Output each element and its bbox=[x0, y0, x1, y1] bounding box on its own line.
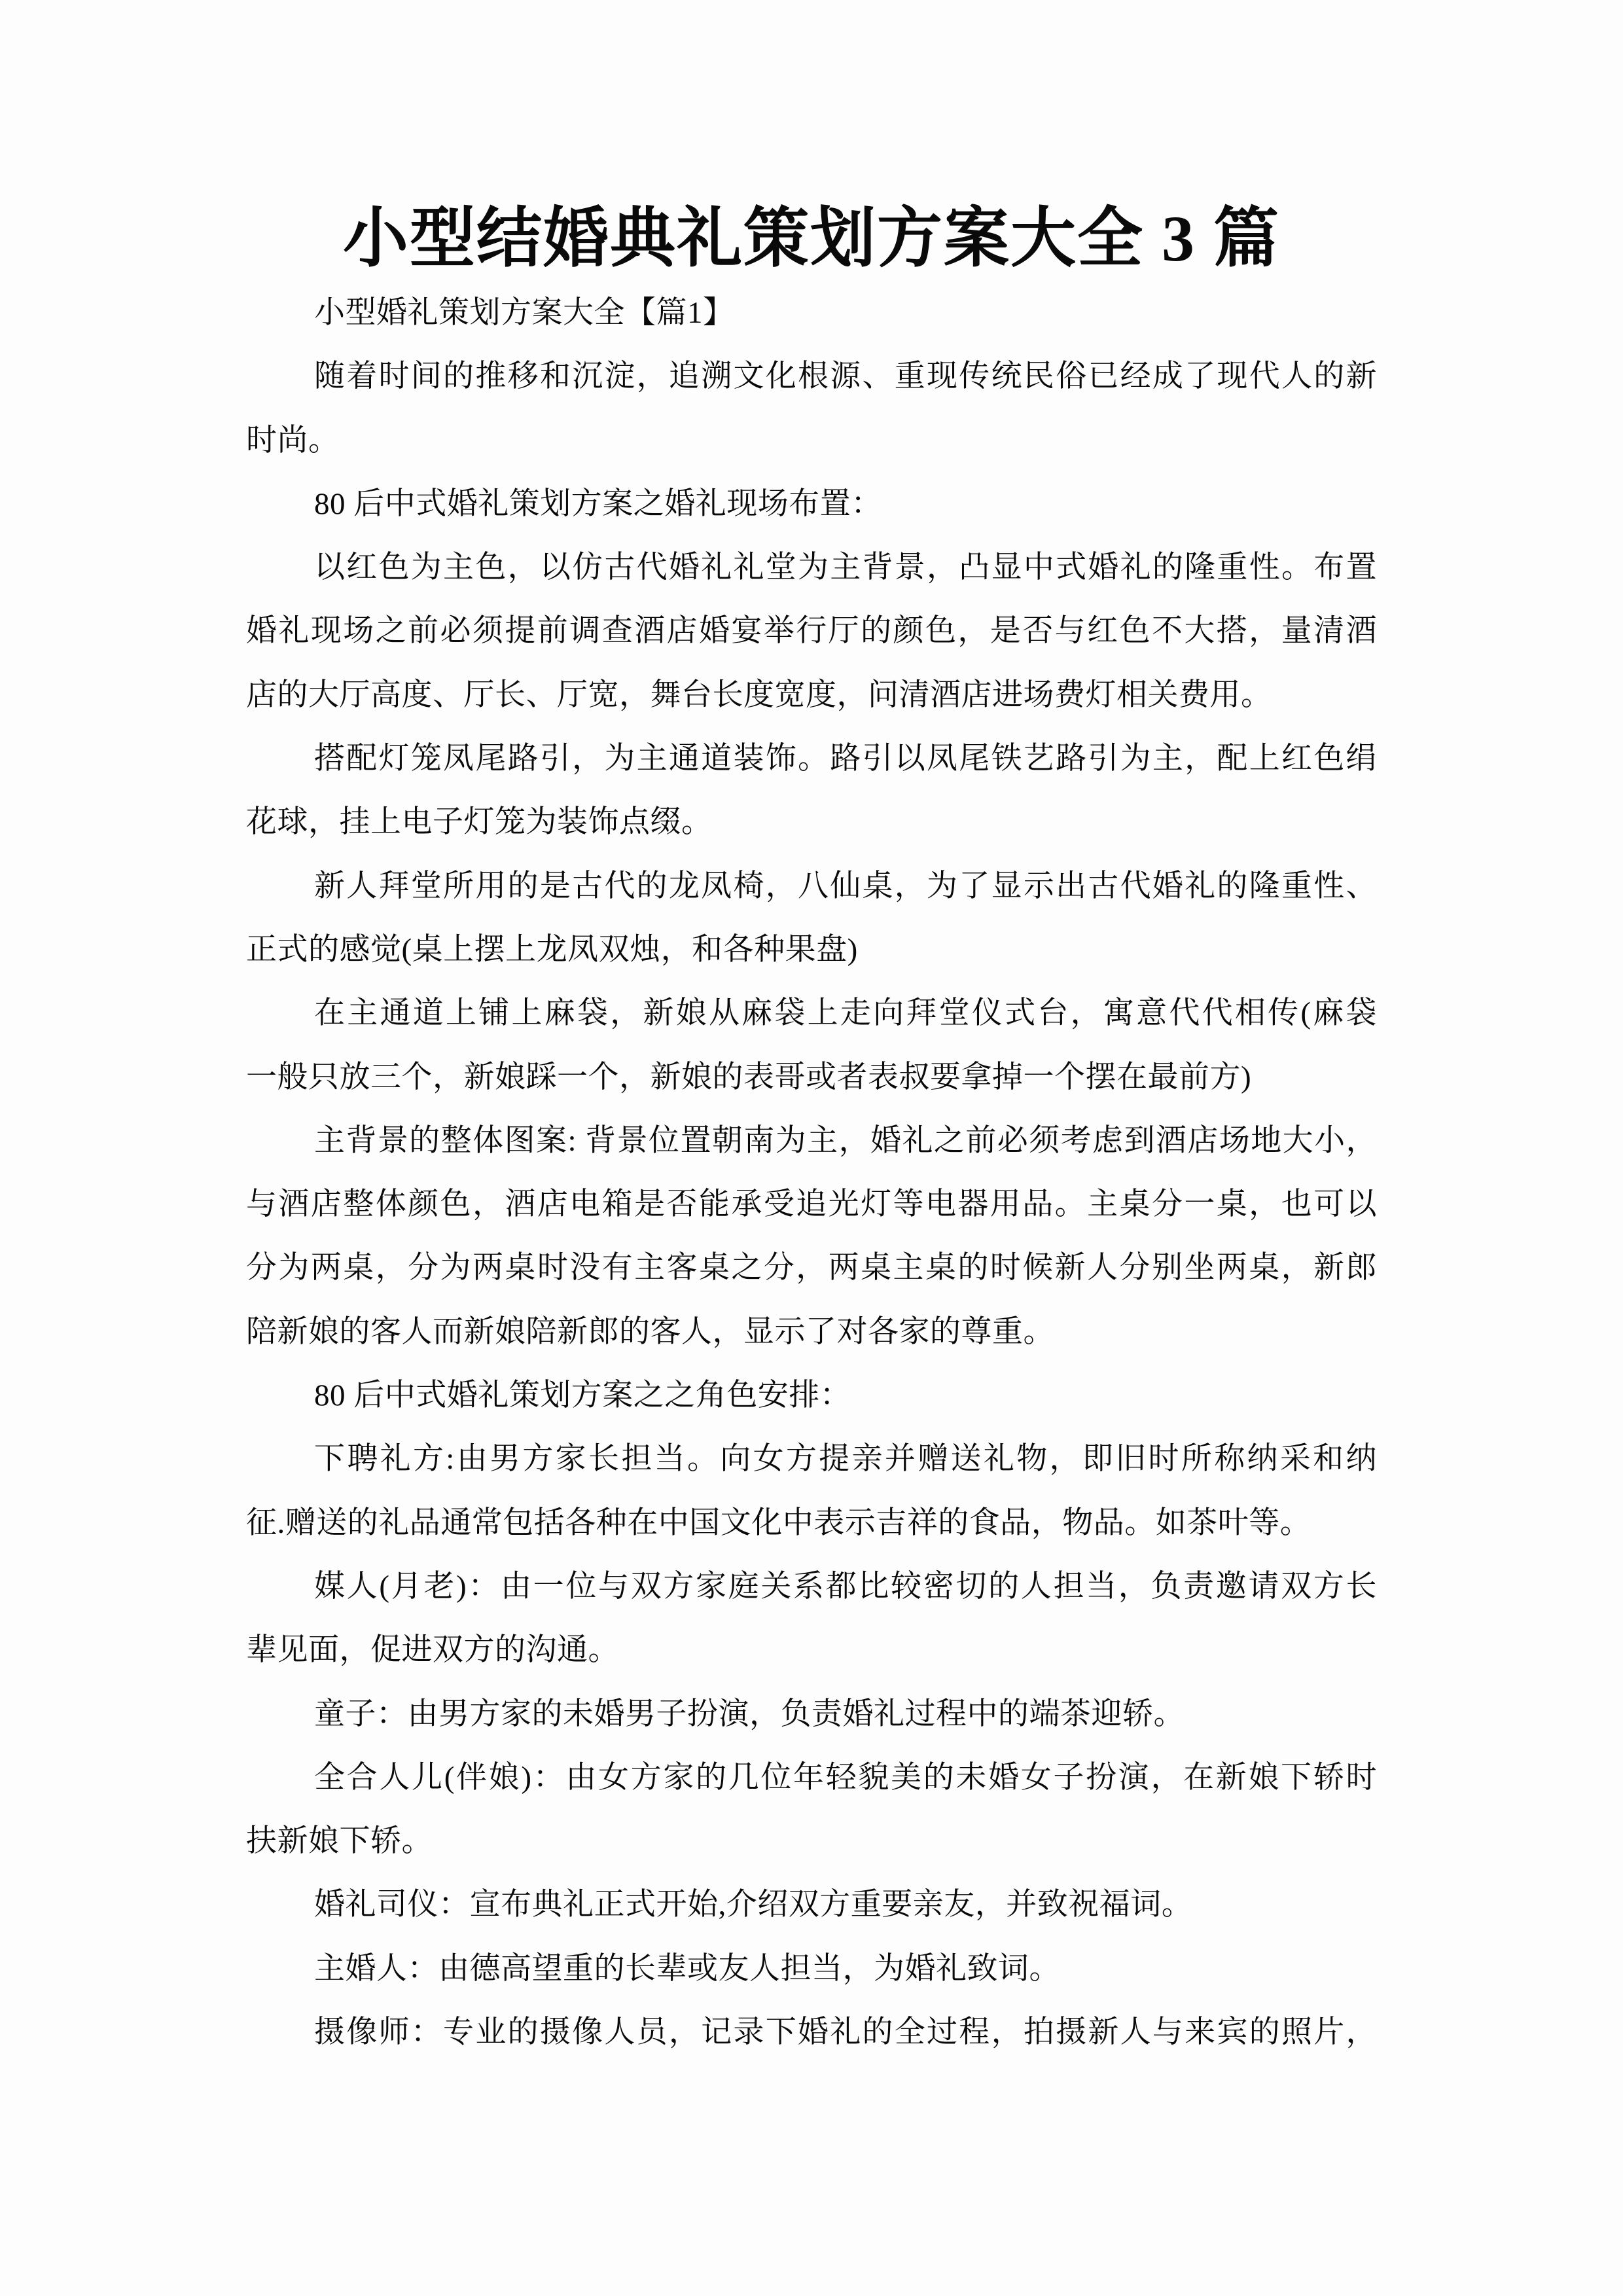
text-line: 以红色为主色，以仿古代婚礼礼堂为主背景，凸显中式婚礼的隆重性。布置 bbox=[246, 536, 1377, 600]
document-page: 小型结婚典礼策划方案大全 3 篇 小型婚礼策划方案大全【篇1】 随着时间的推移和… bbox=[0, 0, 1623, 2296]
text-line: 扶新娘下轿。 bbox=[246, 1810, 1377, 1873]
text-line: 摄像师：专业的摄像人员，记录下婚礼的全过程，拍摄新人与来宾的照片， bbox=[246, 2001, 1377, 2064]
text-line: 80 后中式婚礼策划方案之之角色安排： bbox=[246, 1364, 1377, 1427]
text-line: 新人拜堂所用的是古代的龙凤椅，八仙桌，为了显示出古代婚礼的隆重性、 bbox=[246, 855, 1377, 918]
text-line: 随着时间的推移和沉淀，追溯文化根源、重现传统民俗已经成了现代人的新 bbox=[246, 345, 1377, 408]
text-line: 辈见面，促进双方的沟通。 bbox=[246, 1619, 1377, 1682]
document-body: 小型婚礼策划方案大全【篇1】 随着时间的推移和沉淀，追溯文化根源、重现传统民俗已… bbox=[246, 281, 1377, 2064]
text-line: 童子：由男方家的未婚男子扮演，负责婚礼过程中的端茶迎轿。 bbox=[246, 1683, 1377, 1746]
text-line: 陪新娘的客人而新娘陪新郎的客人，显示了对各家的尊重。 bbox=[246, 1300, 1377, 1364]
text-line: 婚礼现场之前必须提前调查酒店婚宴举行厅的颜色，是否与红色不大搭，量清酒 bbox=[246, 600, 1377, 663]
text-line: 主婚人：由德高望重的长辈或友人担当，为婚礼致词。 bbox=[246, 1937, 1377, 2001]
text-line: 店的大厅高度、厅长、厅宽，舞台长度宽度，问清酒店进场费灯相关费用。 bbox=[246, 664, 1377, 727]
document-title: 小型结婚典礼策划方案大全 3 篇 bbox=[0, 196, 1623, 281]
text-line: 一般只放三个，新娘踩一个，新娘的表哥或者表叔要拿掉一个摆在最前方) bbox=[246, 1046, 1377, 1109]
text-line: 在主通道上铺上麻袋，新娘从麻袋上走向拜堂仪式台，寓意代代相传(麻袋 bbox=[246, 982, 1377, 1045]
text-line: 80 后中式婚礼策划方案之婚礼现场布置： bbox=[246, 473, 1377, 536]
text-line: 时尚。 bbox=[246, 409, 1377, 473]
text-line: 全合人儿(伴娘)：由女方家的几位年轻貌美的未婚女子扮演，在新娘下轿时 bbox=[246, 1746, 1377, 1810]
text-line: 主背景的整体图案: 背景位置朝南为主，婚礼之前必须考虑到酒店场地大小， bbox=[246, 1109, 1377, 1173]
text-line: 征.赠送的礼品通常包括各种在中国文化中表示吉祥的食品，物品。如茶叶等。 bbox=[246, 1492, 1377, 1555]
text-line: 花球，挂上电子灯笼为装饰点缀。 bbox=[246, 791, 1377, 854]
text-line: 与酒店整体颜色，酒店电箱是否能承受追光灯等电器用品。主桌分一桌，也可以 bbox=[246, 1173, 1377, 1236]
text-line: 搭配灯笼凤尾路引，为主通道装饰。路引以凤尾铁艺路引为主，配上红色绢 bbox=[246, 727, 1377, 791]
text-line: 正式的感觉(桌上摆上龙凤双烛，和各种果盘) bbox=[246, 918, 1377, 982]
text-line: 婚礼司仪：宣布典礼正式开始,介绍双方重要亲友，并致祝福词。 bbox=[246, 1873, 1377, 1937]
text-line: 小型婚礼策划方案大全【篇1】 bbox=[246, 281, 1377, 345]
text-line: 下聘礼方:由男方家长担当。向女方提亲并赠送礼物，即旧时所称纳采和纳 bbox=[246, 1427, 1377, 1491]
text-line: 分为两桌，分为两桌时没有主客桌之分，两桌主桌的时候新人分别坐两桌，新郎 bbox=[246, 1236, 1377, 1300]
text-line: 媒人(月老)：由一位与双方家庭关系都比较密切的人担当，负责邀请双方长 bbox=[246, 1555, 1377, 1619]
